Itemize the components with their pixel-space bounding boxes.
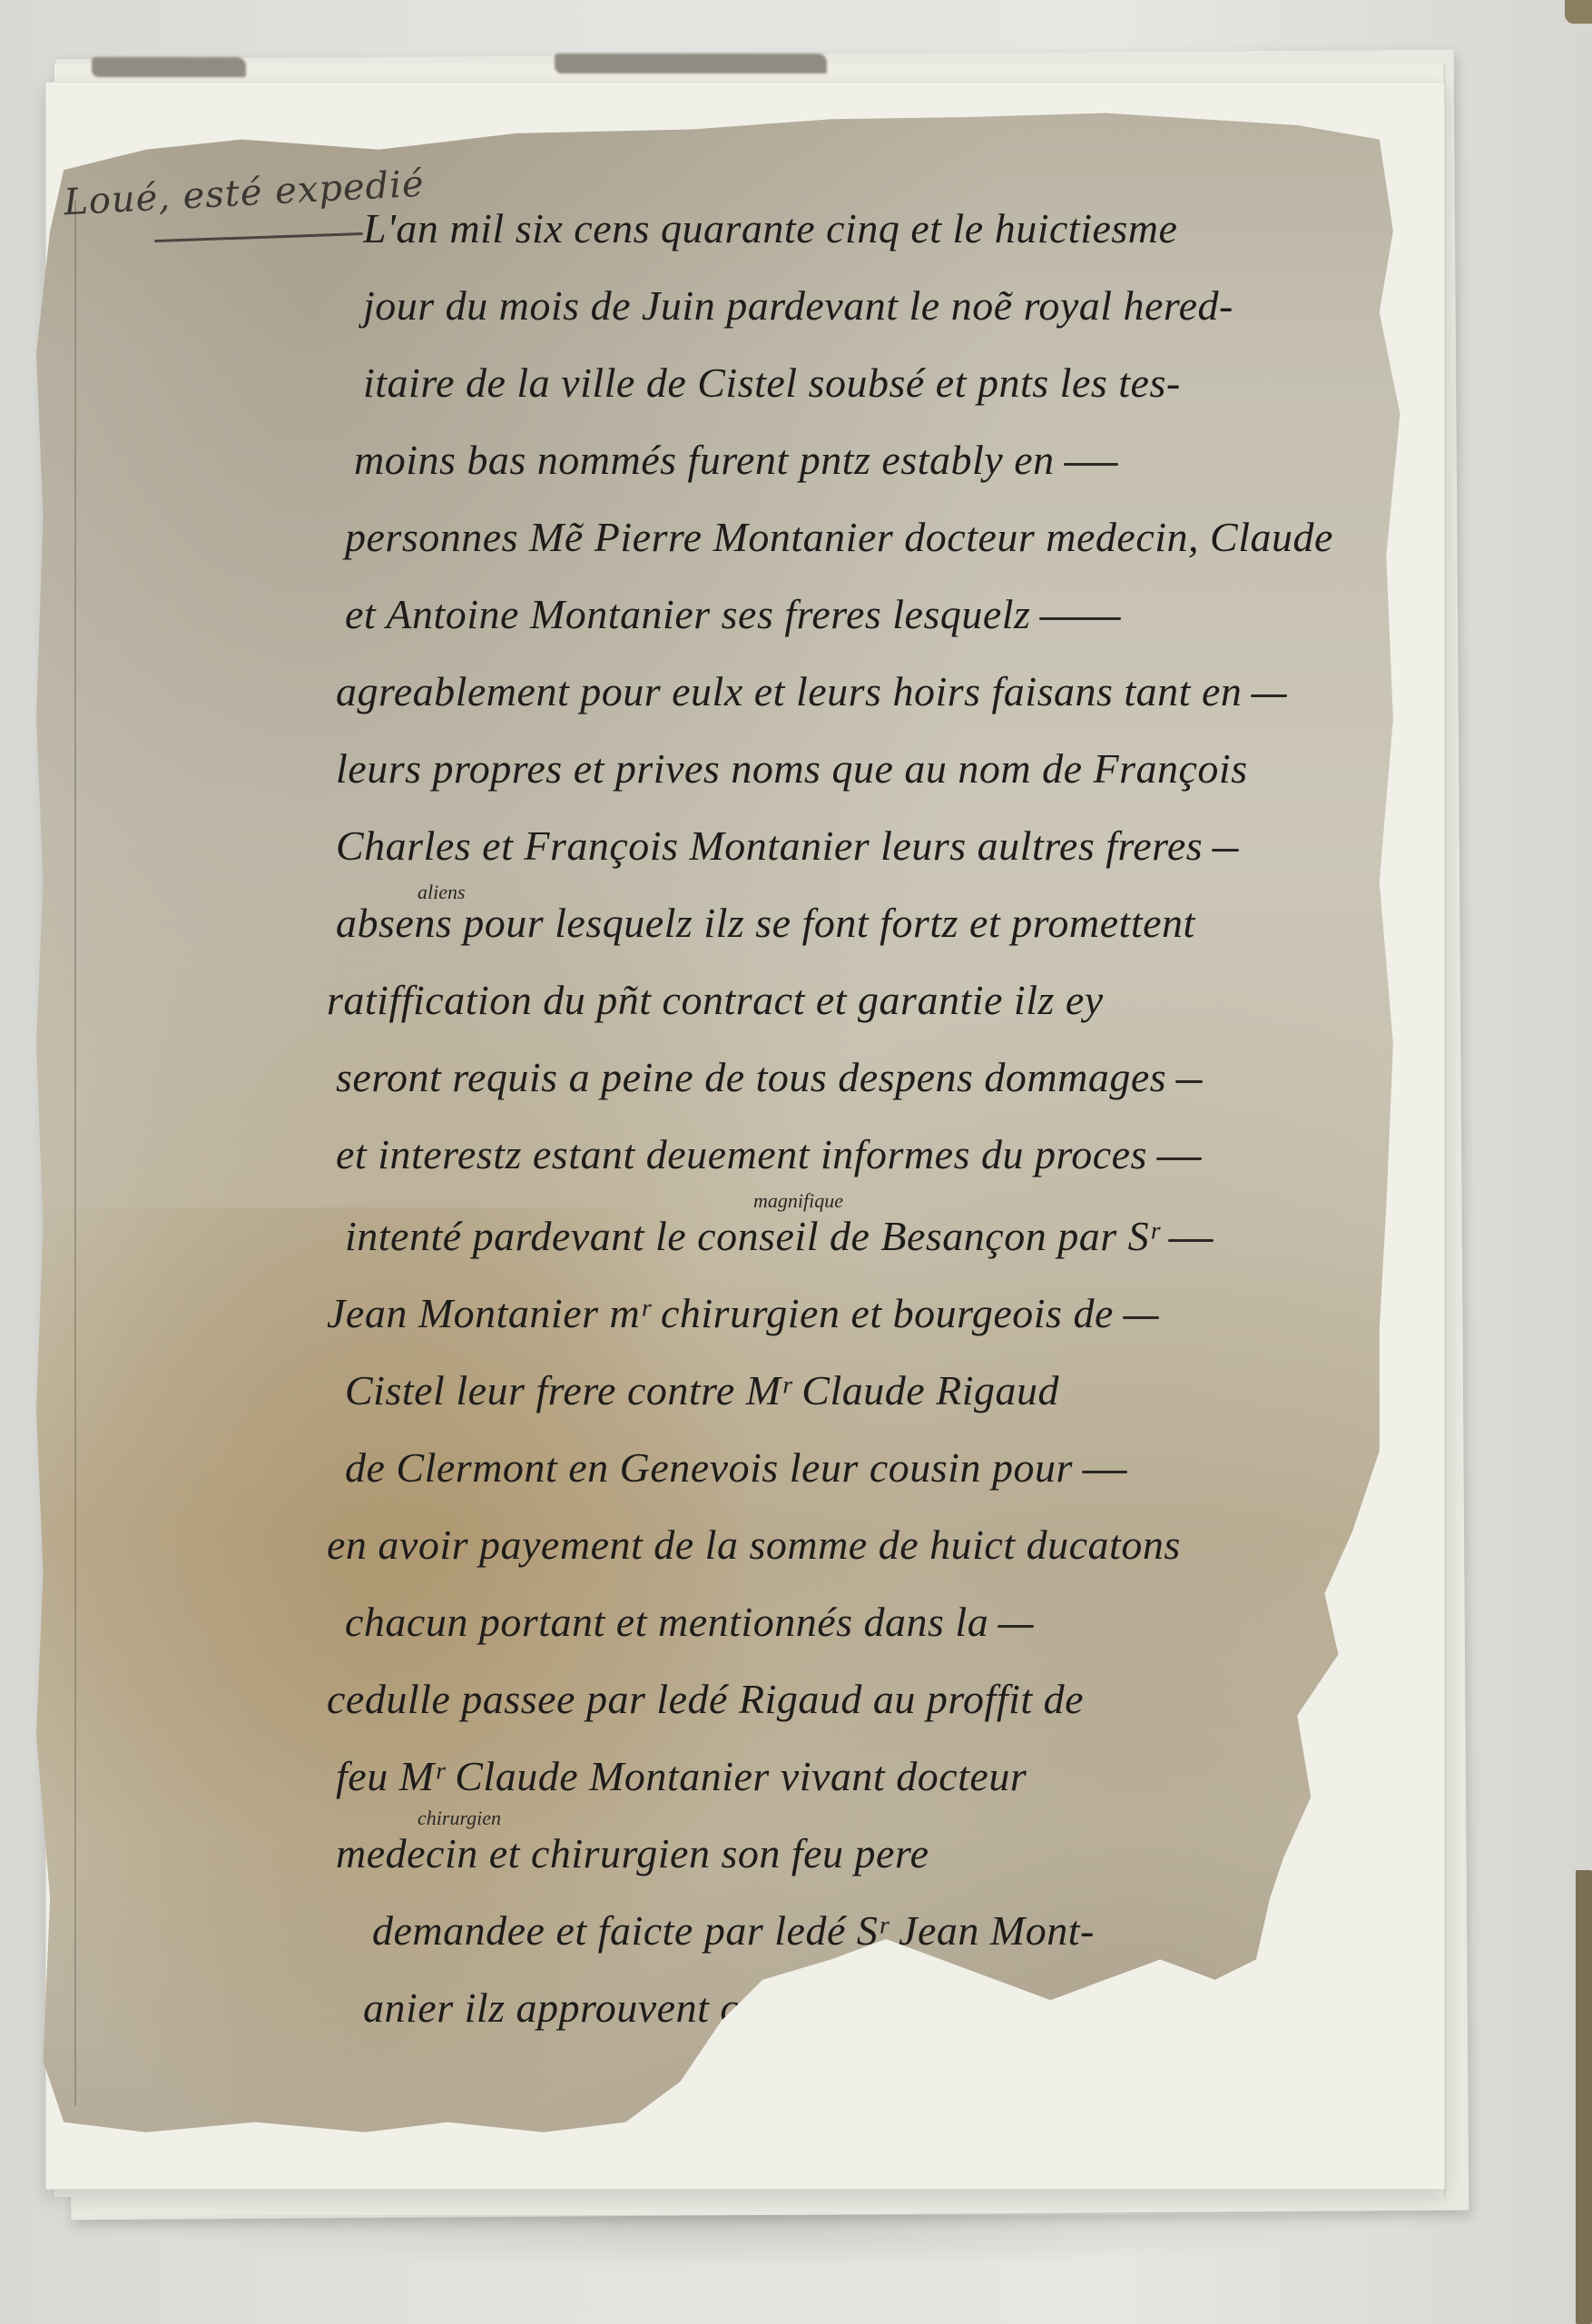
manuscript-line-23: demandee et faicte par ledé Sʳ Jean Mont… — [372, 1906, 1095, 1955]
margin-underline — [154, 232, 363, 242]
manuscript-line-4: moins bas nommés furent pntz estably en — [354, 436, 1118, 484]
binder-edge — [1576, 1870, 1592, 2324]
manuscript-text: Loué, esté expedié L'an mil six cens qua… — [36, 109, 1407, 2142]
manuscript-line-14: intenté pardevant le conseil de Besançon… — [345, 1212, 1214, 1260]
manuscript-line-12: seront requis a peine de tous despens do… — [336, 1053, 1203, 1101]
page-shadow — [73, 2215, 1416, 2270]
manuscript-line-17: de Clermont en Genevois leur cousin pour — [345, 1443, 1127, 1492]
manuscript-line-3: itaire de la ville de Cistel soubsé et p… — [363, 359, 1181, 407]
manuscript-page: Loué, esté expedié L'an mil six cens qua… — [36, 109, 1407, 2142]
manuscript-line-13: et interestz estant deuement informes du… — [336, 1130, 1202, 1178]
manuscript-line-10: absens pour lesquelz ilz se font fortz e… — [336, 899, 1195, 947]
manuscript-line-2: jour du mois de Juin pardevant le noẽ ro… — [363, 281, 1233, 330]
manuscript-line-7: agreablement pour eulx et leurs hoirs fa… — [336, 667, 1287, 715]
manuscript-line-19: chacun portant et mentionnés dans la — [345, 1598, 1034, 1646]
manuscript-line-9: Charles et François Montanier leurs ault… — [336, 822, 1239, 870]
manuscript-line-21: feu Mʳ Claude Montanier vivant docteur — [336, 1752, 1027, 1800]
manuscript-line-15: Jean Montanier mʳ chirurgien et bourgeoi… — [327, 1289, 1159, 1337]
manuscript-line-18: en avoir payement de la somme de huict d… — [327, 1521, 1181, 1569]
manuscript-line-11: ratiffication du pñt contract et garanti… — [327, 976, 1104, 1024]
manuscript-line-20: cedulle passee par ledé Rigaud au proffi… — [327, 1675, 1084, 1723]
manuscript-line-22: medecin et chirurgien son feu pere — [336, 1829, 929, 1877]
interlinear-note: magnifique — [753, 1189, 843, 1213]
manuscript-line-8: leurs propres et prives noms que au nom … — [336, 744, 1248, 793]
manuscript-line-1: L'an mil six cens quarante cinq et le hu… — [363, 204, 1177, 252]
manuscript-line-5: personnes Mẽ Pierre Montanier docteur me… — [345, 513, 1333, 561]
manuscript-line-16: Cistel leur frere contre Mʳ Claude Rigau… — [345, 1366, 1059, 1414]
torn-fragment — [92, 57, 246, 77]
manuscript-line-6: et Antoine Montanier ses freres lesquelz — [345, 590, 1121, 638]
torn-fragment — [555, 54, 827, 74]
interlinear-note: chirurgien — [418, 1807, 501, 1830]
binder-clip — [1565, 0, 1592, 24]
